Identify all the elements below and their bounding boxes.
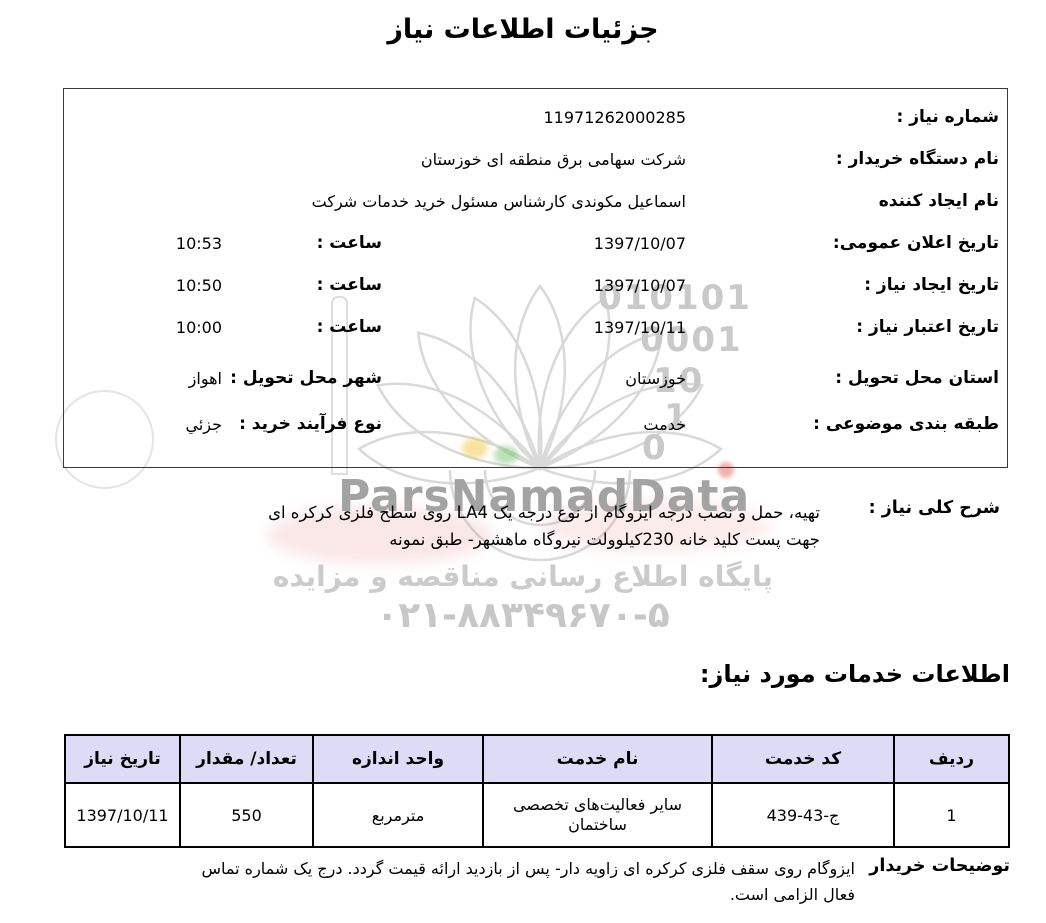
services-table: ردیف کد خدمت نام خدمت واحد اندازه تعداد/… [64,734,1010,848]
field-label-secondary: ساعت : [264,275,394,295]
field-label-secondary: نوع فرآیند خرید : [264,414,394,434]
info-box: شماره نیاز : 11971262000285 نام دستگاه خ… [63,88,1008,468]
buyer-notes-line: فعال الزامی است. [201,882,855,908]
field-label: نام دستگاه خریدار : [694,149,999,169]
info-row-create-date: تاریخ ایجاد نیاز : 1397/10/07 ساعت : 10:… [72,264,999,306]
document-page: جزئیات اطلاعات نیاز شماره نیاز : 1197126… [0,0,1046,923]
table-header-cell-service-name: نام خدمت [483,735,712,783]
buyer-notes-text: ایزوگام روی سقف فلزی کرکره ای زاویه دار-… [201,856,855,908]
info-row-delivery-location: استان محل تحویل : خوزستان شهر محل تحویل … [72,355,999,401]
table-header-cell-service-code: کد خدمت [712,735,894,783]
field-value: خدمت [394,415,694,434]
info-row-subject-class: طبقه بندی موضوعی : خدمت نوع فرآیند خرید … [72,401,999,447]
field-value: 11971262000285 [394,108,694,127]
field-label: تاریخ اعتبار نیاز : [694,317,999,337]
field-value: شرکت سهامی برق منطقه ای خوزستان [394,150,694,169]
table-cell-row-number: 1 [894,783,1009,847]
field-value: 1397/10/11 [394,318,694,337]
info-row-public-announce-date: تاریخ اعلان عمومی: 1397/10/07 ساعت : 10:… [72,222,999,264]
field-value: خوزستان [394,369,694,388]
field-value: 1397/10/07 [394,276,694,295]
field-label: نام ایجاد کننده [694,191,999,211]
field-value-secondary: 10:53 [72,234,264,253]
field-value: اسماعیل مکوندی کارشناس مسئول خرید خدمات … [394,192,694,211]
need-description-line: جهت پست کلید خانه 230کیلوولت نیروگاه ماه… [268,526,820,553]
field-label: طبقه بندی موضوعی : [694,414,999,434]
info-row-need-number: شماره نیاز : 11971262000285 [72,96,999,138]
table-header-row: ردیف کد خدمت نام خدمت واحد اندازه تعداد/… [65,735,1009,783]
need-description-text: تهیه، حمل و نصب درجه ایزوگام از نوع درجه… [268,499,820,553]
field-value-secondary: 10:00 [72,318,264,337]
field-value-secondary: 10:50 [72,276,264,295]
table-cell-quantity: 550 [180,783,313,847]
table-cell-need-date: 1397/10/11 [65,783,180,847]
table-row: 1 ج-43-439 سایر فعالیت‌های تخصصی ساختمان… [65,783,1009,847]
page-title: جزئیات اطلاعات نیاز [0,14,1046,45]
info-row-buyer-org: نام دستگاه خریدار : شرکت سهامی برق منطقه… [72,138,999,180]
info-row-validity-date: تاریخ اعتبار نیاز : 1397/10/11 ساعت : 10… [72,306,999,348]
table-cell-unit: مترمربع [313,783,483,847]
need-description-line: تهیه، حمل و نصب درجه ایزوگام از نوع درجه… [268,499,820,526]
buyer-notes-line: ایزوگام روی سقف فلزی کرکره ای زاویه دار-… [201,856,855,882]
field-value-secondary: اهواز [72,369,264,388]
field-label: شماره نیاز : [694,107,999,127]
field-label-secondary: شهر محل تحویل : [264,368,394,388]
field-label: تاریخ اعلان عمومی: [694,233,999,253]
table-cell-service-code: ج-43-439 [712,783,894,847]
need-description-label: شرح کلی نیاز : [869,498,1000,518]
buyer-notes-label: توضیحات خریدار [869,856,1010,876]
field-label: تاریخ ایجاد نیاز : [694,275,999,295]
field-label-secondary: ساعت : [264,233,394,253]
table-header-cell-quantity: تعداد/ مقدار [180,735,313,783]
table-header-cell-need-date: تاریخ نیاز [65,735,180,783]
info-row-creator: نام ایجاد کننده اسماعیل مکوندی کارشناس م… [72,180,999,222]
services-section-heading: اطلاعات خدمات مورد نیاز: [700,660,1010,688]
table-header-cell-row-number: ردیف [894,735,1009,783]
field-label-secondary: ساعت : [264,317,394,337]
table-header-cell-unit: واحد اندازه [313,735,483,783]
field-value: 1397/10/07 [394,234,694,253]
field-label: استان محل تحویل : [694,368,999,388]
field-value-secondary: جزئي [72,415,264,434]
table-cell-service-name: سایر فعالیت‌های تخصصی ساختمان [483,783,712,847]
